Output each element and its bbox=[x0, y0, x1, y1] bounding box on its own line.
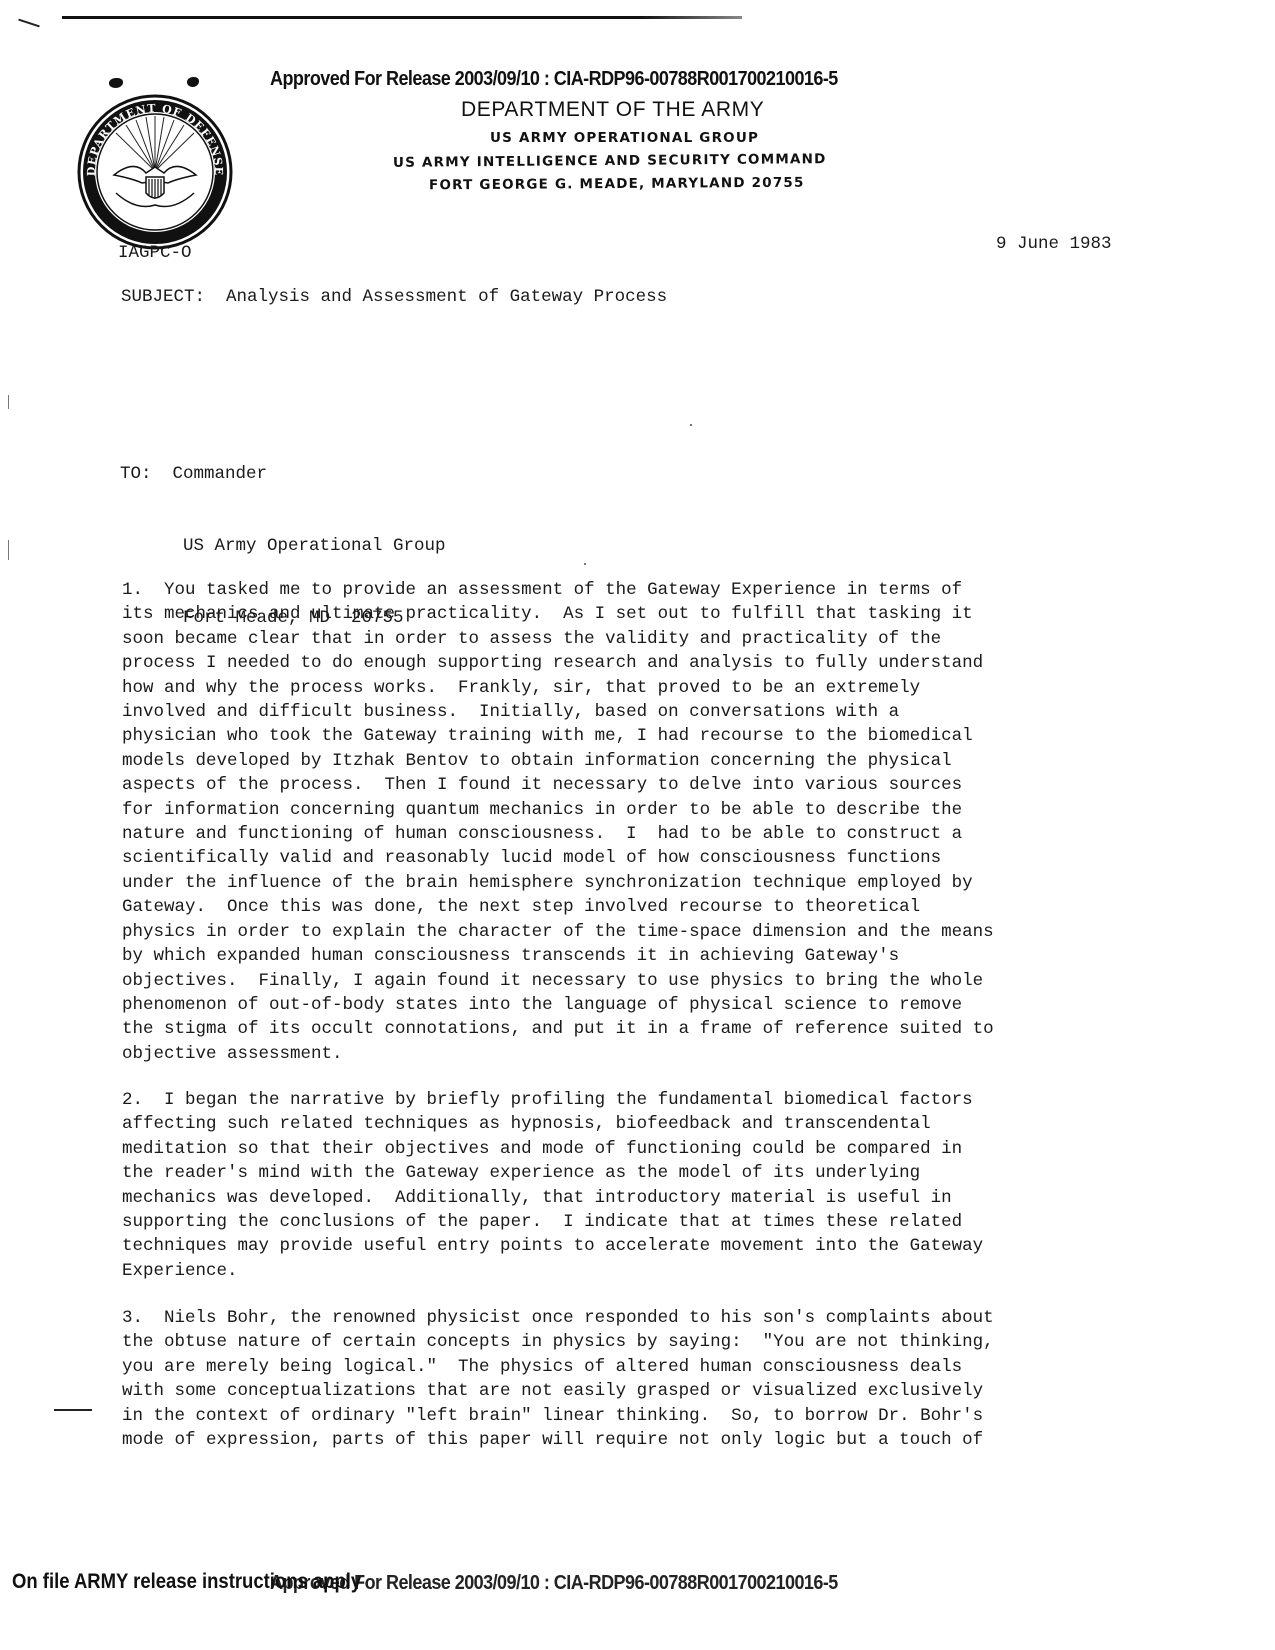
scan-blot bbox=[109, 78, 123, 88]
scan-speck bbox=[584, 563, 586, 565]
office-symbol: IAGPC-O bbox=[118, 243, 192, 263]
paragraph-1: 1. You tasked me to provide an assessmen… bbox=[122, 578, 994, 1066]
paragraph-line: Experience. bbox=[122, 1259, 983, 1283]
paragraph-line: aspects of the process. Then I found it … bbox=[122, 773, 994, 797]
paragraph-line: the reader's mind with the Gateway exper… bbox=[122, 1161, 983, 1185]
paragraph-line: mode of expression, parts of this paper … bbox=[122, 1428, 994, 1452]
paragraph-line: 1. You tasked me to provide an assessmen… bbox=[122, 578, 994, 602]
paragraph-line: you are merely being logical." The physi… bbox=[122, 1355, 994, 1379]
letterhead-line-1: US ARMY OPERATIONAL GROUP bbox=[490, 130, 759, 146]
scan-blot bbox=[187, 77, 199, 87]
addressee-line: US Army Operational Group bbox=[120, 534, 446, 558]
paragraph-line: mechanics was developed. Additionally, t… bbox=[122, 1186, 983, 1210]
department-of-defense-seal-icon: DEPARTMENT OF DEFENSE UNITED STATES OF A… bbox=[76, 93, 234, 251]
scan-speck bbox=[8, 395, 9, 409]
letterhead-line-3: FORT GEORGE G. MEADE, MARYLAND 20755 bbox=[429, 175, 805, 194]
release-stamp-footer: Approved For Release 2003/09/10 : CIA-RD… bbox=[270, 1572, 838, 1595]
paragraph-line: under the influence of the brain hemisph… bbox=[122, 871, 994, 895]
scan-speck bbox=[690, 424, 692, 426]
paragraph-line: physics in order to explain the characte… bbox=[122, 920, 994, 944]
paragraph-line: objective assessment. bbox=[122, 1042, 994, 1066]
paragraph-line: nature and functioning of human consciou… bbox=[122, 822, 994, 846]
paragraph-line: Gateway. Once this was done, the next st… bbox=[122, 895, 994, 919]
paragraph-line: its mechanics and ultimate practicality.… bbox=[122, 602, 994, 626]
letterhead-line-2: US ARMY INTELLIGENCE AND SECURITY COMMAN… bbox=[393, 151, 827, 171]
paragraph-line: in the context of ordinary "left brain" … bbox=[122, 1404, 994, 1428]
corner-scan-mark bbox=[18, 19, 40, 28]
paragraph-line: models developed by Itzhak Bentov to obt… bbox=[122, 749, 994, 773]
paragraph-line: how and why the process works. Frankly, … bbox=[122, 676, 994, 700]
subject-text: Analysis and Assessment of Gateway Proce… bbox=[226, 287, 667, 307]
paragraph-line: objectives. Finally, I again found it ne… bbox=[122, 969, 994, 993]
scan-speck bbox=[8, 540, 9, 560]
subject-label: SUBJECT: bbox=[121, 287, 205, 307]
paragraph-line: affecting such related techniques as hyp… bbox=[122, 1112, 983, 1136]
paragraph-line: physician who took the Gateway training … bbox=[122, 724, 994, 748]
paragraph-3: 3. Niels Bohr, the renowned physicist on… bbox=[122, 1306, 994, 1452]
addressee-name: Commander bbox=[173, 464, 268, 484]
paragraph-line: the obtuse nature of certain concepts in… bbox=[122, 1330, 994, 1354]
paragraph-line: involved and difficult business. Initial… bbox=[122, 700, 994, 724]
paragraph-line: with some conceptualizations that are no… bbox=[122, 1379, 994, 1403]
paragraph-line: 2. I began the narrative by briefly prof… bbox=[122, 1088, 983, 1112]
paragraph-line: meditation so that their objectives and … bbox=[122, 1137, 983, 1161]
paragraph-line: process I needed to do enough supporting… bbox=[122, 651, 994, 675]
margin-mark bbox=[54, 1409, 92, 1411]
paragraph-line: phenomenon of out-of-body states into th… bbox=[122, 993, 994, 1017]
department-title: DEPARTMENT OF THE ARMY bbox=[461, 98, 764, 122]
paragraph-line: supporting the conclusions of the paper.… bbox=[122, 1210, 983, 1234]
subject-line: SUBJECT: Analysis and Assessment of Gate… bbox=[121, 287, 667, 307]
paragraph-line: 3. Niels Bohr, the renowned physicist on… bbox=[122, 1306, 994, 1330]
paragraph-line: scientifically valid and reasonably luci… bbox=[122, 846, 994, 870]
paragraph-line: techniques may provide useful entry poin… bbox=[122, 1234, 983, 1258]
memo-date: 9 June 1983 bbox=[996, 234, 1112, 254]
release-stamp-header: Approved For Release 2003/09/10 : CIA-RD… bbox=[270, 68, 838, 91]
paragraph-line: soon became clear that in order to asses… bbox=[122, 627, 994, 651]
paragraph-line: for information concerning quantum mecha… bbox=[122, 798, 994, 822]
paragraph-line: the stigma of its occult connotations, a… bbox=[122, 1017, 994, 1041]
to-label: TO: bbox=[120, 464, 152, 484]
paragraph-2: 2. I began the narrative by briefly prof… bbox=[122, 1088, 983, 1283]
top-scan-rule bbox=[62, 16, 742, 19]
addressee-line: TO: Commander bbox=[120, 462, 446, 486]
paragraph-line: by which expanded human consciousness tr… bbox=[122, 944, 994, 968]
